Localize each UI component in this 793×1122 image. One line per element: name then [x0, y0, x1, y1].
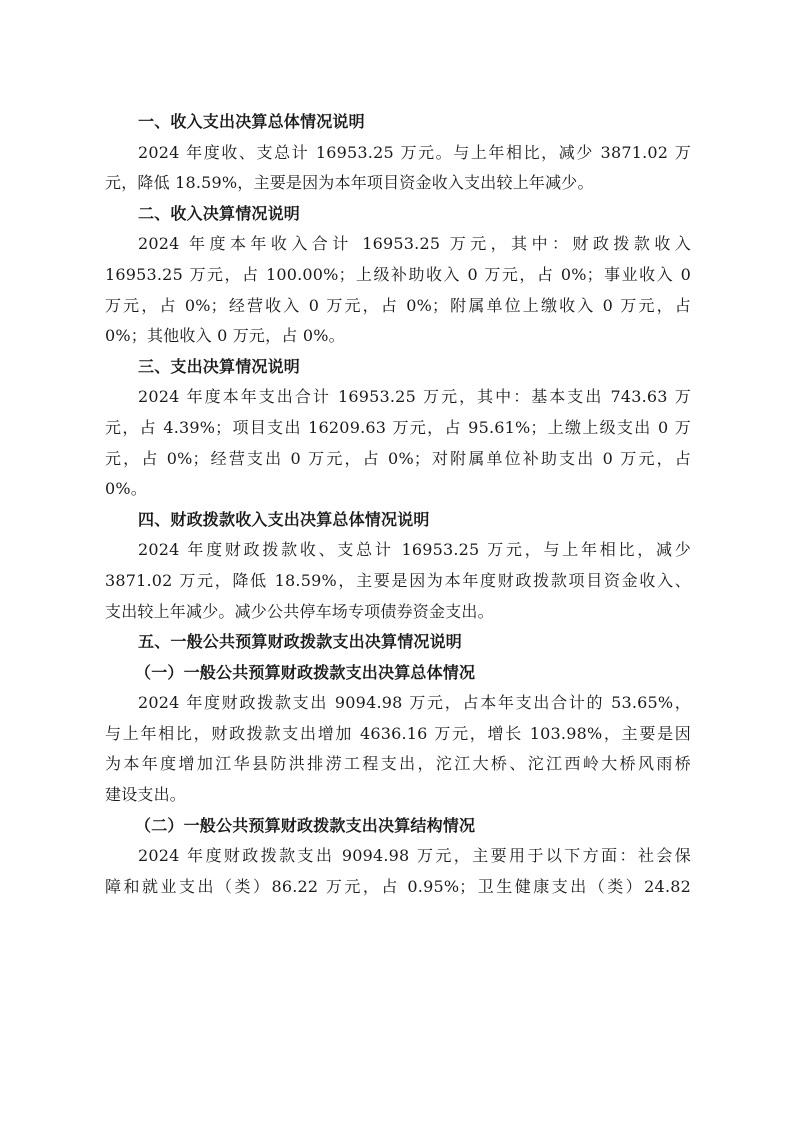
- section-heading-1: 一、收入支出决算总体情况说明: [105, 107, 691, 138]
- paragraph-line: 0%；其他收入 0 万元，占 0%。: [105, 321, 691, 352]
- paragraph-line: 2024 年度本年收入合计 16953.25 万元，其中：财政拨款收入: [105, 229, 691, 260]
- paragraph-line: 建设支出。: [105, 780, 691, 811]
- paragraph-line: 0%。: [105, 474, 691, 505]
- paragraph-line: 支出较上年减少。减少公共停车场专项债券资金支出。: [105, 597, 691, 628]
- paragraph-line: 元，占 4.39%；项目支出 16209.63 万元，占 95.61%；上缴上级…: [105, 413, 691, 444]
- paragraph-line: 2024 年度收、支总计 16953.25 万元。与上年相比，减少 3871.0…: [105, 138, 691, 169]
- paragraph-line: 2024 年度本年支出合计 16953.25 万元，其中：基本支出 743.63…: [105, 382, 691, 413]
- paragraph-line: 障和就业支出（类）86.22 万元，占 0.95%；卫生健康支出（类）24.82: [105, 872, 691, 903]
- subsection-heading-5-1: （一）一般公共预算财政拨款支出决算总体情况: [105, 658, 691, 689]
- section-heading-5: 五、一般公共预算财政拨款支出决算情况说明: [105, 627, 691, 658]
- section-heading-4: 四、财政拨款收入支出决算总体情况说明: [105, 505, 691, 536]
- paragraph-line: 2024 年度财政拨款支出 9094.98 万元，占本年支出合计的 53.65%…: [105, 688, 691, 719]
- document-page: 一、收入支出决算总体情况说明 2024 年度收、支总计 16953.25 万元。…: [105, 107, 691, 902]
- paragraph-line: 3871.02 万元，降低 18.59%，主要是因为本年度财政拨款项目资金收入、: [105, 566, 691, 597]
- paragraph-line: 为本年度增加江华县防洪排涝工程支出，沱江大桥、沱江西岭大桥风雨桥: [105, 749, 691, 780]
- paragraph-line: 与上年相比，财政拨款支出增加 4636.16 万元，增长 103.98%，主要是…: [105, 719, 691, 750]
- subsection-heading-5-2: （二）一般公共预算财政拨款支出决算结构情况: [105, 811, 691, 842]
- paragraph-line: 元，降低 18.59%，主要是因为本年项目资金收入支出较上年减少。: [105, 168, 691, 199]
- paragraph-line: 2024 年度财政拨款收、支总计 16953.25 万元，与上年相比，减少: [105, 535, 691, 566]
- section-heading-3: 三、支出决算情况说明: [105, 352, 691, 383]
- paragraph-line: 元，占 0%；经营支出 0 万元，占 0%；对附属单位补助支出 0 万元，占: [105, 444, 691, 475]
- paragraph-line: 16953.25 万元，占 100.00%；上级补助收入 0 万元，占 0%；事…: [105, 260, 691, 291]
- paragraph-line: 2024 年度财政拨款支出 9094.98 万元，主要用于以下方面：社会保: [105, 841, 691, 872]
- paragraph-line: 万元，占 0%；经营收入 0 万元，占 0%；附属单位上缴收入 0 万元，占: [105, 291, 691, 322]
- section-heading-2: 二、收入决算情况说明: [105, 199, 691, 230]
